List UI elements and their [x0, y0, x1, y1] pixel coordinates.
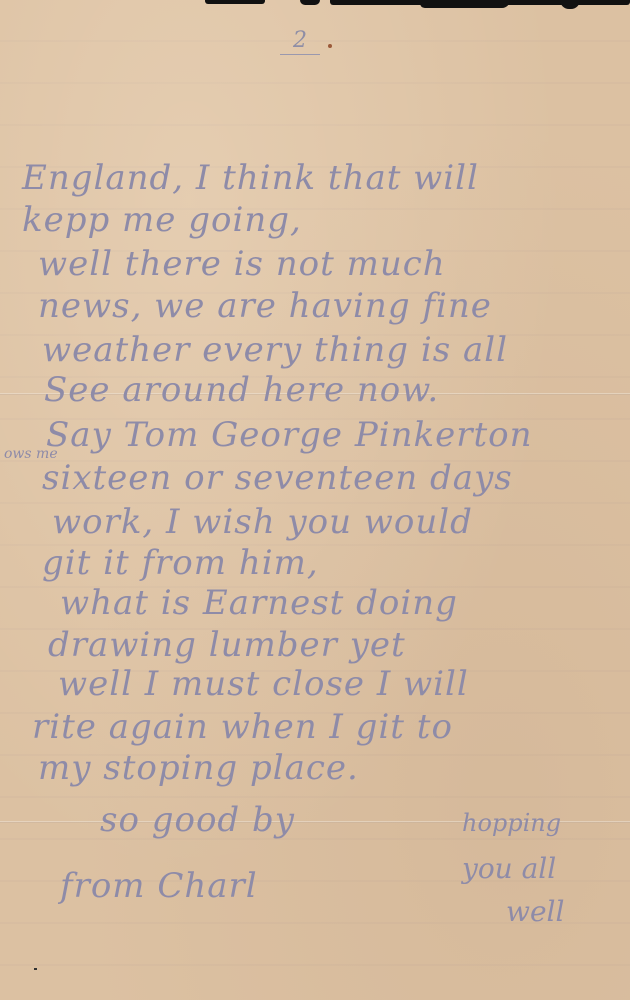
torn-edge: [420, 0, 510, 8]
signature: from Charl: [60, 866, 258, 906]
letter-line: news, we are having fine: [38, 286, 492, 326]
letter-line: sixteen or seventeen days: [42, 458, 513, 498]
letter-line: Say Tom George Pinkerton: [46, 415, 533, 455]
letter-page: 2 ows me England, I think that will kepp…: [0, 0, 630, 1000]
letter-line: well I must close I will: [58, 664, 469, 704]
closing-note-line: you all: [462, 852, 556, 886]
closing-goodbye: so good by: [100, 800, 295, 840]
letter-line: what is Earnest doing: [60, 583, 458, 623]
letter-line: drawing lumber yet: [48, 625, 406, 665]
letter-line: work, I wish you would: [52, 502, 473, 542]
page-number: 2: [280, 28, 320, 55]
letter-line: well there is not much: [38, 244, 446, 284]
ink-spot: [328, 44, 332, 48]
torn-edge: [300, 0, 320, 5]
paper-blemish: [34, 968, 37, 970]
letter-line: rite again when I git to: [32, 707, 453, 747]
letter-line: git it from him,: [42, 543, 319, 583]
letter-line: England, I think that will: [22, 158, 479, 198]
closing-note-line: hopping: [462, 806, 561, 840]
letter-line: kepp me going,: [22, 200, 302, 240]
letter-line: See around here now.: [44, 370, 439, 410]
torn-edge: [560, 0, 580, 9]
letter-line: my stoping place.: [38, 748, 359, 788]
letter-line: weather every thing is all: [42, 330, 508, 370]
closing-note-line: well: [506, 895, 564, 929]
torn-edge: [205, 0, 265, 4]
